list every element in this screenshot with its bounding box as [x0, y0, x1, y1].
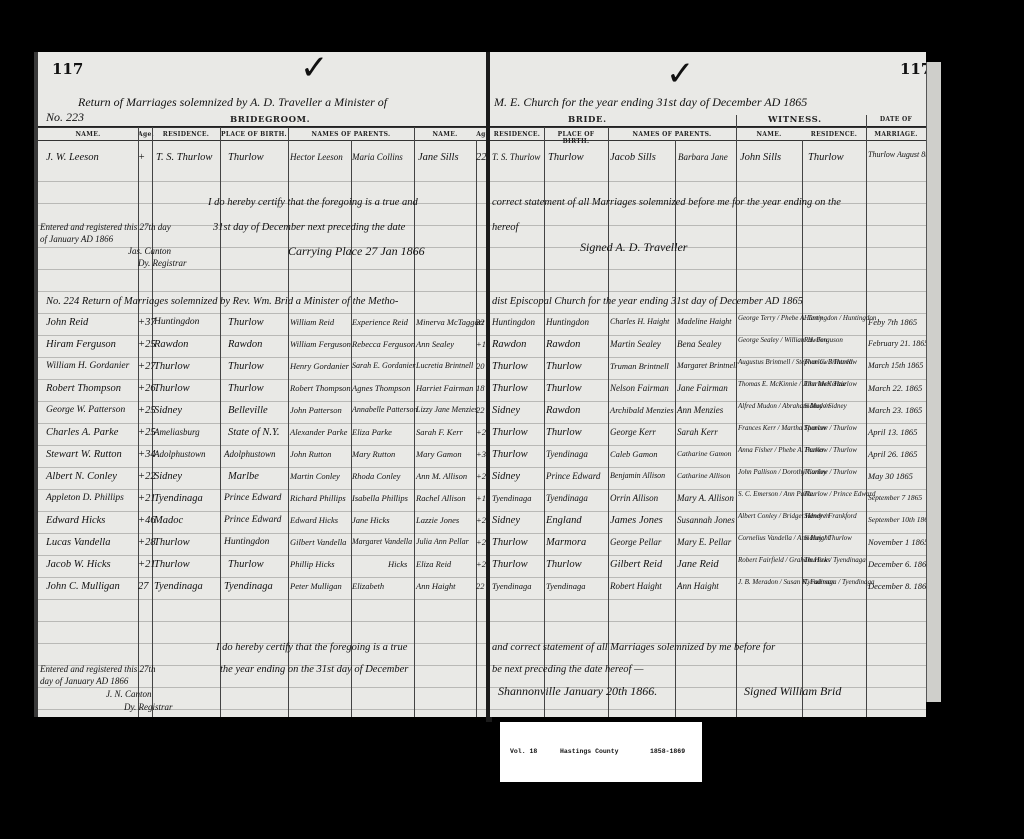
place-date-223: Carrying Place 27 Jan 1866 [288, 244, 425, 259]
handwritten-cell: Huntingdon [154, 317, 199, 327]
handwritten-cell: Eliza Parke [352, 427, 392, 437]
handwritten-cell: +21 [138, 559, 156, 570]
handwritten-cell: Archibald Menzies [610, 405, 674, 415]
handwritten-cell: Thurlow [228, 559, 264, 570]
handwritten-cell: November 1 1865 [868, 537, 926, 547]
handwritten-cell: Thurlow / Thurlow [804, 446, 857, 454]
handwritten-cell: James Jones [610, 515, 663, 526]
return-223-title-left: Return of Marriages solemnized by A. D. … [78, 95, 387, 110]
handwritten-cell: William Ferguson [290, 339, 351, 349]
return-224-title-right: dist Episcopal Church for the year endin… [492, 296, 803, 307]
handwritten-cell: April 26. 1865 [868, 449, 917, 459]
handwritten-cell: Martin Sealey [610, 339, 661, 349]
handwritten-cell: Madoc [154, 515, 183, 526]
handwritten-cell: Rawdon [154, 339, 188, 350]
handwritten-cell: George Kerr [610, 427, 656, 437]
handwritten-cell: +22 [138, 471, 156, 482]
certification-224-left-2: the year ending on the 31st day of Decem… [220, 664, 408, 675]
handwritten-cell: Eliza Reid [416, 559, 451, 569]
handwritten-cell: 20 [476, 361, 485, 371]
handwritten-cell: Jane Reid [677, 559, 719, 570]
handwritten-cell: +34 [138, 449, 156, 460]
handwritten-cell: Minerva McTaggart [416, 317, 484, 327]
handwritten-cell: Agnes Thompson [352, 383, 410, 393]
handwritten-cell: George Pellar [610, 537, 661, 547]
bridegroom-header: BRIDEGROOM. [230, 115, 310, 125]
page-number-left: 117 [52, 60, 83, 78]
handwritten-cell: Mary Gamon [416, 449, 462, 459]
handwritten-cell: Huntingdon [224, 537, 269, 547]
handwritten-cell: Marmora [546, 537, 586, 548]
col-place-of-birth: PLACE OF BIRTH. [220, 131, 288, 138]
handwritten-cell: Appleton D. Phillips [46, 493, 124, 503]
handwritten-cell: Rawdon [228, 339, 262, 350]
handwritten-cell: Rawdon [804, 336, 827, 344]
handwritten-cell: March 23. 1865 [868, 405, 922, 415]
handwritten-cell: +25 [138, 339, 156, 350]
handwritten-cell: Susannah Jones [677, 515, 735, 525]
certification-223-right-2: hereof [492, 222, 518, 233]
handwritten-cell: Hiram Ferguson [46, 339, 116, 350]
handwritten-cell: Thurlow [228, 361, 264, 372]
handwritten-cell: Gilbert Vandella [290, 537, 346, 547]
col-witness-name: NAME. [736, 131, 802, 138]
handwritten-cell: Prince Edward [546, 471, 600, 481]
handwritten-cell: Feby 7th 1865 [868, 317, 917, 327]
registered-224-line2: day of January AD 1866 [40, 676, 128, 686]
handwritten-cell: Thurlow [228, 317, 264, 328]
handwritten-cell: Sidney [154, 471, 182, 482]
handwritten-cell: T. S. Thurlow [156, 152, 212, 163]
handwritten-cell: George Sealey / William H. Ferguson [738, 336, 843, 344]
handwritten-cell: February 21. 1865 [868, 339, 926, 348]
handwritten-cell: Thurlow [492, 449, 528, 460]
handwritten-cell: Thurlow [492, 427, 528, 438]
page-edges [926, 62, 941, 702]
handwritten-cell: 18 [476, 383, 485, 393]
handwritten-cell: Thurlow [546, 361, 582, 372]
handwritten-cell: Thurlow [228, 383, 264, 394]
certification-224-right: and correct statement of all Marriages s… [492, 642, 775, 653]
handwritten-cell: 22 [476, 581, 485, 591]
handwritten-cell: Thurlow August 8th [868, 150, 926, 159]
handwritten-cell: Lazzie Jones [416, 515, 459, 525]
handwritten-cell: Mary E. Pellar [677, 537, 731, 547]
handwritten-cell: Robert Thompson [290, 383, 351, 393]
handwritten-cell: Huntingdon [546, 317, 589, 327]
handwritten-cell: Jacob Sills [610, 152, 656, 163]
handwritten-cell: +21 [138, 493, 156, 504]
certification-224-left: I do hereby certify that the foregoing i… [216, 642, 407, 653]
handwritten-cell: Thurlow [546, 559, 582, 570]
registrar-223: Jas. Canton [128, 246, 171, 256]
handwritten-cell: Thurlow [492, 383, 528, 394]
handwritten-cell: Robert Thompson [46, 383, 121, 394]
handwritten-cell: Tyendinaga [546, 493, 588, 503]
return-223-number: No. 223 [46, 110, 84, 125]
handwritten-cell: May 30 1865 [868, 471, 913, 481]
registrar-224-title: Dy. Registrar [124, 702, 173, 712]
col-bride-residence: RESIDENCE. [490, 131, 544, 138]
col-parents: NAMES OF PARENTS. [288, 131, 414, 138]
handwritten-cell: Marlbe [228, 471, 259, 482]
handwritten-cell: John Reid [46, 317, 88, 328]
handwritten-cell: Prince Edward [224, 493, 281, 503]
handwritten-cell: Elizabeth [352, 581, 384, 591]
page-number-right: 117 [900, 60, 926, 78]
handwritten-cell: Thurlow / Tyendinaga [804, 556, 866, 564]
handwritten-cell: Harriet Fairman [416, 383, 473, 393]
handwritten-cell: Jane Hicks [352, 515, 390, 525]
handwritten-cell: Lucretia Brintnell [416, 361, 473, 370]
handwritten-cell: Barbara Jane [678, 152, 728, 162]
handwritten-cell: Ann Haight [416, 581, 455, 591]
handwritten-cell: Annabelle Patterson [352, 405, 418, 414]
handwritten-cell: John Patterson [290, 405, 342, 415]
handwritten-cell: Thurlow [548, 152, 584, 163]
left-page: 117 ✓ Return of Marriages solemnized by … [34, 52, 494, 717]
handwritten-cell: State of N.Y. [228, 427, 280, 438]
handwritten-cell: March 15th 1865 [868, 361, 923, 370]
handwritten-cell: Caleb Gamon [610, 449, 657, 459]
handwritten-cell: Isabella Phillips [352, 493, 408, 503]
handwritten-cell: Sidney / Sidney [804, 402, 847, 410]
handwritten-cell: Sidney / Frankford [804, 512, 857, 520]
handwritten-cell: Tyendinaga [492, 581, 532, 591]
handwritten-cell: Lizzy Jane Menzies [416, 405, 478, 414]
handwritten-cell: +25 [138, 427, 156, 438]
handwritten-cell: Sarah F. Kerr [416, 427, 463, 437]
handwritten-cell: +28 [138, 537, 156, 548]
handwritten-cell: Rawdon [492, 339, 526, 350]
handwritten-cell: Thurlow [546, 383, 582, 394]
handwritten-cell: Stewart W. Rutton [46, 449, 122, 460]
volume-label: Vol. 18 [510, 748, 537, 755]
signature-224: Signed William Brid [744, 684, 841, 699]
handwritten-cell: Madeline Haight [677, 317, 731, 326]
handwritten-cell: Ann Menzies [677, 405, 723, 415]
handwritten-cell: March 22. 1865 [868, 383, 922, 393]
handwritten-cell: Thurlow [546, 427, 582, 438]
handwritten-cell: Sidney [154, 405, 182, 416]
handwritten-cell: Thurlow [492, 361, 528, 372]
handwritten-cell: Gilbert Reid [610, 559, 662, 570]
return-223-title-right: M. E. Church for the year ending 31st da… [494, 95, 807, 110]
certification-224-right-2: be next preceding the date hereof — [492, 664, 643, 675]
return-224-title-left: No. 224 Return of Marriages solemnized b… [46, 296, 398, 307]
certification-223-right: correct statement of all Marriages solem… [492, 197, 841, 208]
handwritten-cell: Adolphustown [224, 449, 276, 459]
registrar-224: J. N. Canton [106, 689, 152, 699]
handwritten-cell: Catharine Allison [677, 471, 730, 480]
handwritten-cell: Martin Conley [290, 471, 340, 481]
handwritten-cell: T. S. Thurlow [492, 152, 540, 162]
handwritten-cell: Jacob W. Hicks [46, 559, 111, 570]
handwritten-cell: Sidney / Thurlow [804, 534, 852, 542]
handwritten-cell: Tyendinaga [492, 493, 532, 503]
handwritten-cell: Thurlow [154, 361, 190, 372]
bride-header: BRIDE. [568, 115, 607, 125]
col-marriage: MARRIAGE. [866, 131, 926, 138]
handwritten-cell: Tyendinaga [546, 449, 588, 459]
handwritten-cell: December 6. 1865 [868, 559, 926, 569]
handwritten-cell: Thurlow [808, 152, 844, 163]
handwritten-cell: September 7 1865 [868, 493, 922, 502]
handwritten-cell: December 8. 1865 [868, 581, 926, 591]
handwritten-cell: Huntingdon / Huntingdon [804, 314, 876, 322]
handwritten-cell: Hector Leeson [290, 152, 343, 162]
col-bride-birthplace: PLACE OF BIRTH. [544, 131, 608, 145]
handwritten-cell: Rebecca Ferguson [352, 339, 415, 349]
handwritten-cell: Robert Haight [610, 581, 662, 591]
handwritten-cell: Ann Sealey [416, 339, 454, 349]
handwritten-cell: Sidney [492, 471, 520, 482]
signature-223: Signed A. D. Traveller [580, 240, 687, 255]
handwritten-cell: Prince Edward [224, 515, 281, 525]
handwritten-cell: September 10th 1865 [868, 515, 926, 524]
registrar-223-title: Dy. Registrar [138, 258, 187, 268]
handwritten-cell: John Sills [740, 152, 781, 163]
witness-header: WITNESS. [768, 115, 822, 125]
handwritten-cell: Phillip Hicks [290, 559, 335, 569]
handwritten-cell: Thurlow [492, 537, 528, 548]
handwritten-cell: Edward Hicks [290, 515, 338, 525]
handwritten-cell: Huntingdon [492, 317, 535, 327]
handwritten-cell: Thurlow / Thurlow [804, 424, 857, 432]
handwritten-cell: William H. Gordanier [46, 361, 129, 371]
handwritten-cell: Jane Fairman [677, 383, 728, 393]
archive-label: Vol. 18 Hastings County 1858-1869 [500, 722, 702, 782]
handwritten-cell: 22 [476, 405, 485, 415]
handwritten-cell: Albert N. Conley [46, 471, 117, 482]
handwritten-cell: Thurlow / Thurlow [804, 380, 857, 388]
handwritten-cell: Thurlow [228, 152, 264, 163]
handwritten-cell: Catharine Gamon [677, 449, 731, 458]
handwritten-cell: Sidney [492, 405, 520, 416]
handwritten-cell: Charles A. Parke [46, 427, 118, 438]
handwritten-cell: England [546, 515, 582, 526]
handwritten-cell: Peter Mulligan [290, 581, 342, 591]
handwritten-cell: Margaret Vandella [352, 537, 412, 546]
ruled-lines [490, 160, 926, 717]
handwritten-cell: + [138, 152, 145, 163]
check-mark-icon: ✓ [300, 52, 329, 88]
handwritten-cell: +37 [138, 317, 156, 328]
handwritten-cell: Thurlow [154, 537, 190, 548]
handwritten-cell: Tyendinaga [546, 581, 586, 591]
handwritten-cell: +46 [138, 515, 156, 526]
handwritten-cell: Truman Brintnell [610, 361, 669, 371]
handwritten-cell: Ann Haight [677, 581, 719, 591]
handwritten-cell: Edward Hicks [46, 515, 105, 526]
handwritten-cell: Rawdon [546, 405, 580, 416]
handwritten-cell: Julia Ann Pellar [416, 537, 469, 546]
handwritten-cell: Ameliasburg [154, 427, 200, 437]
registered-224-line1: Entered and registered this 27th [40, 664, 155, 674]
handwritten-cell: Tyendinaga [224, 581, 273, 592]
handwritten-cell: +26 [138, 383, 156, 394]
col-date-of: DATE OF [866, 116, 926, 123]
certification-223-left-2: 31st day of December next preceding the … [213, 222, 405, 233]
col-bride-name: NAME. [414, 131, 476, 138]
handwritten-cell: Ann M. Allison [416, 471, 467, 481]
handwritten-cell: S. C. Emerson / Ann Parke [738, 490, 813, 498]
col-bride-parents: NAMES OF PARENTS. [608, 131, 736, 138]
registered-223-line1: Entered and registered this 27th day [40, 222, 171, 232]
handwritten-cell: Richard Phillips [290, 493, 346, 503]
handwritten-cell: Mary A. Allison [677, 493, 734, 503]
handwritten-cell: Orrin Allison [610, 493, 658, 503]
col-witness-residence: RESIDENCE. [802, 131, 866, 138]
handwritten-cell: Thurlow [154, 559, 190, 570]
years-label: 1858-1869 [650, 748, 685, 755]
handwritten-cell: Thurlow / Thurlow [804, 358, 857, 366]
handwritten-cell: 32 [476, 317, 485, 327]
handwritten-cell: Maria Collins [352, 152, 403, 162]
handwritten-cell: Sarah E. Gordanier [352, 361, 415, 370]
handwritten-cell: Rhoda Conley [352, 471, 400, 481]
register-book: 117 ✓ Return of Marriages solemnized by … [28, 52, 940, 722]
handwritten-cell: +25 [138, 405, 156, 416]
check-mark-icon: ✓ [666, 54, 695, 94]
handwritten-cell: Nelson Fairman [610, 383, 669, 393]
handwritten-cell: Experience Reid [352, 317, 408, 327]
handwritten-cell: +27 [138, 361, 156, 372]
handwritten-cell: Jane Sills [418, 152, 459, 163]
handwritten-cell: Thurlow [154, 383, 190, 394]
handwritten-cell: John C. Mulligan [46, 581, 120, 592]
handwritten-cell: J. W. Leeson [46, 152, 99, 163]
handwritten-cell: Alexander Parke [290, 427, 347, 437]
col-age: Age. [138, 131, 152, 138]
handwritten-cell: 22 [476, 152, 487, 163]
right-page: 117 ✓ M. E. Church for the year ending 3… [490, 52, 926, 717]
place-date-224: Shannonville January 20th 1866. [498, 684, 657, 699]
handwritten-cell: Rawdon [546, 339, 580, 350]
handwritten-cell: Lucas Vandella [46, 537, 110, 548]
handwritten-cell: Thurlow / Prince Edward [804, 490, 876, 498]
handwritten-cell: Rachel Allison [416, 493, 466, 503]
handwritten-cell: Henry Gordanier [290, 361, 349, 371]
handwritten-cell: Thurlow [492, 559, 528, 570]
col-residence: RESIDENCE. [152, 131, 220, 138]
col-name: NAME. [38, 131, 138, 138]
handwritten-cell: Sarah Kerr [677, 427, 718, 437]
handwritten-cell: 27 [138, 581, 149, 592]
certification-223-left: I do hereby certify that the foregoing i… [208, 197, 418, 208]
handwritten-cell: Adolphustown [154, 449, 206, 459]
handwritten-cell: John Rutton [290, 449, 331, 459]
handwritten-cell: Margaret Brintnell [677, 361, 738, 370]
handwritten-cell: Charles H. Haight [610, 317, 669, 326]
handwritten-cell: April 13. 1865 [868, 427, 917, 437]
registered-223-line2: of January AD 1866 [40, 234, 113, 244]
handwritten-cell: George W. Patterson [46, 405, 125, 415]
handwritten-cell: Mary Rutton [352, 449, 395, 459]
handwritten-cell: Thurlow / Thurlow [804, 468, 857, 476]
handwritten-cell: Tyendinaga [154, 493, 203, 504]
handwritten-cell: Belleville [228, 405, 268, 416]
handwritten-cell: Hicks [388, 559, 407, 569]
handwritten-cell: Benjamin Allison [610, 471, 665, 480]
handwritten-cell: Tyendinaga / Tyendinaga [804, 578, 875, 586]
handwritten-cell: Sidney [492, 515, 520, 526]
county-label: Hastings County [560, 748, 619, 755]
handwritten-cell: William Reid [290, 317, 334, 327]
handwritten-cell: Bena Sealey [677, 339, 721, 349]
handwritten-cell: Tyendinaga [154, 581, 203, 592]
